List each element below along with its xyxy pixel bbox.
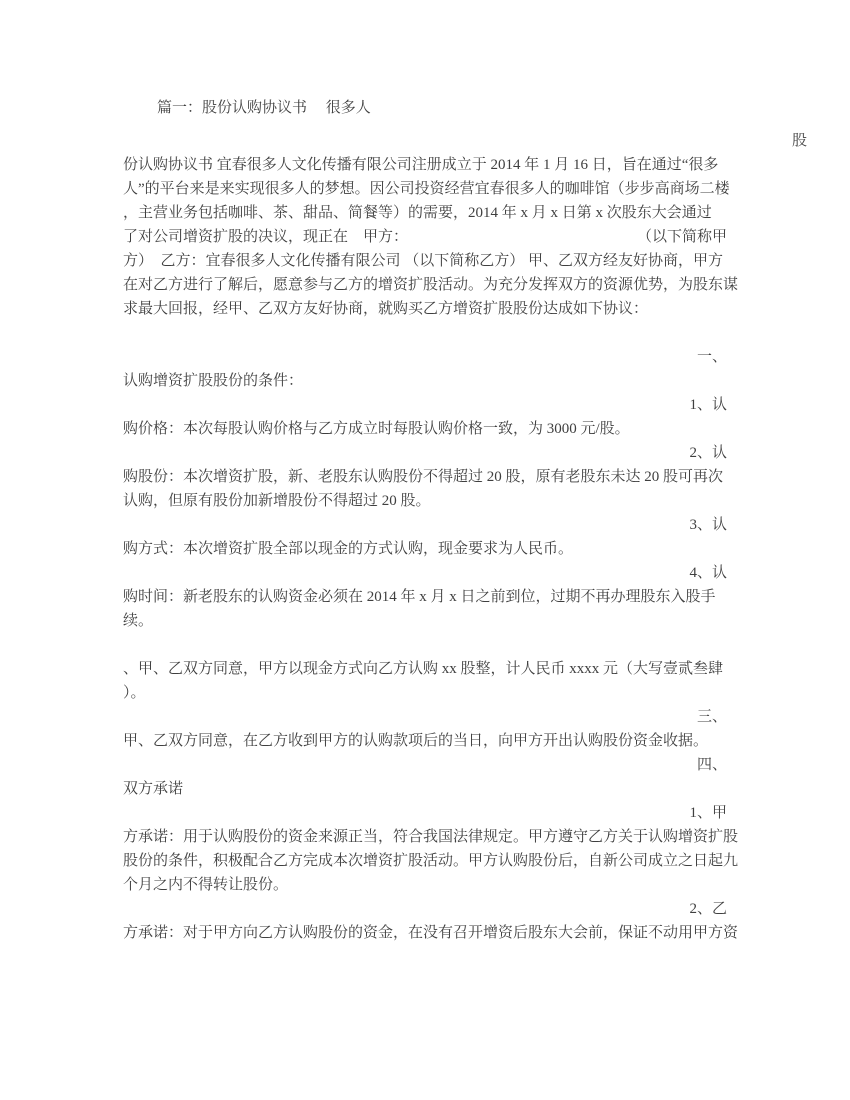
text-line: 三、 xyxy=(123,705,727,729)
text-line: ）。 xyxy=(123,681,727,705)
text-line: 2、乙 xyxy=(123,897,727,921)
text-line: 份认购协议书 宜春很多人文化传播有限公司注册成立于 2014 年 1 月 16 … xyxy=(123,153,727,177)
text-line: 人”的平台来是来实现很多人的梦想。因公司投资经营宜春很多人的咖啡馆（步步高商场二… xyxy=(123,177,727,201)
text-line: 一、 xyxy=(123,345,727,369)
text-line: 了对公司增资扩股的决议，现正在 甲方：（以下简称甲 xyxy=(123,225,727,249)
text-line: 购价格：本次每股认购价格与乙方成立时每股认购价格一致，为 3000 元/股。 xyxy=(123,417,727,441)
document-title: 篇一：股份认购协议书 很多人 xyxy=(123,96,727,120)
blank-line xyxy=(123,633,727,657)
text-line: 、甲、乙双方同意，甲方以现金方式向乙方认购 xx 股整，计人民币 xxxx 元（… xyxy=(123,657,727,681)
text-line: 股份的条件，积极配合乙方完成本次增资扩股活动。甲方认购股份后，自新公司成立之日起… xyxy=(123,849,727,873)
overhang-char-line: 股 xyxy=(123,129,807,153)
text-line: 认购，但原有股份加新增股份不得超过 20 股。 xyxy=(123,489,727,513)
text-line: 购股份：本次增资扩股，新、老股东认购股份不得超过 20 股，原有老股东未达 20… xyxy=(123,465,727,489)
text-segment-before-blank: 了对公司增资扩股的决议，现正在 甲方： xyxy=(123,225,408,249)
blank-line xyxy=(123,321,727,345)
text-line: ，主营业务包括咖啡、茶、甜品、简餐等）的需要，2014 年 x 月 x 日第 x… xyxy=(123,201,727,225)
text-line: 续。 xyxy=(123,609,727,633)
text-line: 四、 xyxy=(123,753,727,777)
document-page: 篇一：股份认购协议书 很多人 股 份认购协议书 宜春很多人文化传播有限公司注册成… xyxy=(0,0,850,1100)
text-line: 方承诺：用于认购股份的资金来源正当，符合我国法律规定。甲方遵守乙方关于认购增资扩… xyxy=(123,825,727,849)
text-line: 甲、乙双方同意，在乙方收到甲方的认购款项后的当日，向甲方开出认购股份资金收据。 xyxy=(123,729,727,753)
text-line: 3、认 xyxy=(123,513,727,537)
text-line: 2、认 xyxy=(123,441,727,465)
text-line: 1、认 xyxy=(123,393,727,417)
text-line: 购时间：新老股东的认购资金必须在 2014 年 x 月 x 日之前到位，过期不再… xyxy=(123,585,727,609)
document-body: 篇一：股份认购协议书 很多人 股 份认购协议书 宜春很多人文化传播有限公司注册成… xyxy=(123,96,727,945)
text-line: 双方承诺 xyxy=(123,777,727,801)
text-line: 方承诺：对于甲方向乙方认购股份的资金，在没有召开增资后股东大会前，保证不动用甲方… xyxy=(123,921,727,945)
text-line: 个月之内不得转让股份。 xyxy=(123,873,727,897)
text-line: 购方式：本次增资扩股全部以现金的方式认购，现金要求为人民币。 xyxy=(123,537,727,561)
text-line: 4、认 xyxy=(123,561,727,585)
text-segment-after-blank: （以下简称甲 xyxy=(637,225,727,249)
text-line: 1、甲 xyxy=(123,801,727,825)
text-line: 认购增资扩股股份的条件： xyxy=(123,369,727,393)
text-line: 求最大回报，经甲、乙双方友好协商，就购买乙方增资扩股股份达成如下协议： xyxy=(123,297,727,321)
text-line: 方） 乙方：宜春很多人文化传播有限公司 （以下简称乙方） 甲、乙双方经友好协商，… xyxy=(123,249,727,273)
text-line: 在对乙方进行了解后，愿意参与乙方的增资扩股活动。为充分发挥双方的资源优势，为股东… xyxy=(123,273,727,297)
document-lines: 份认购协议书 宜春很多人文化传播有限公司注册成立于 2014 年 1 月 16 … xyxy=(123,153,727,945)
